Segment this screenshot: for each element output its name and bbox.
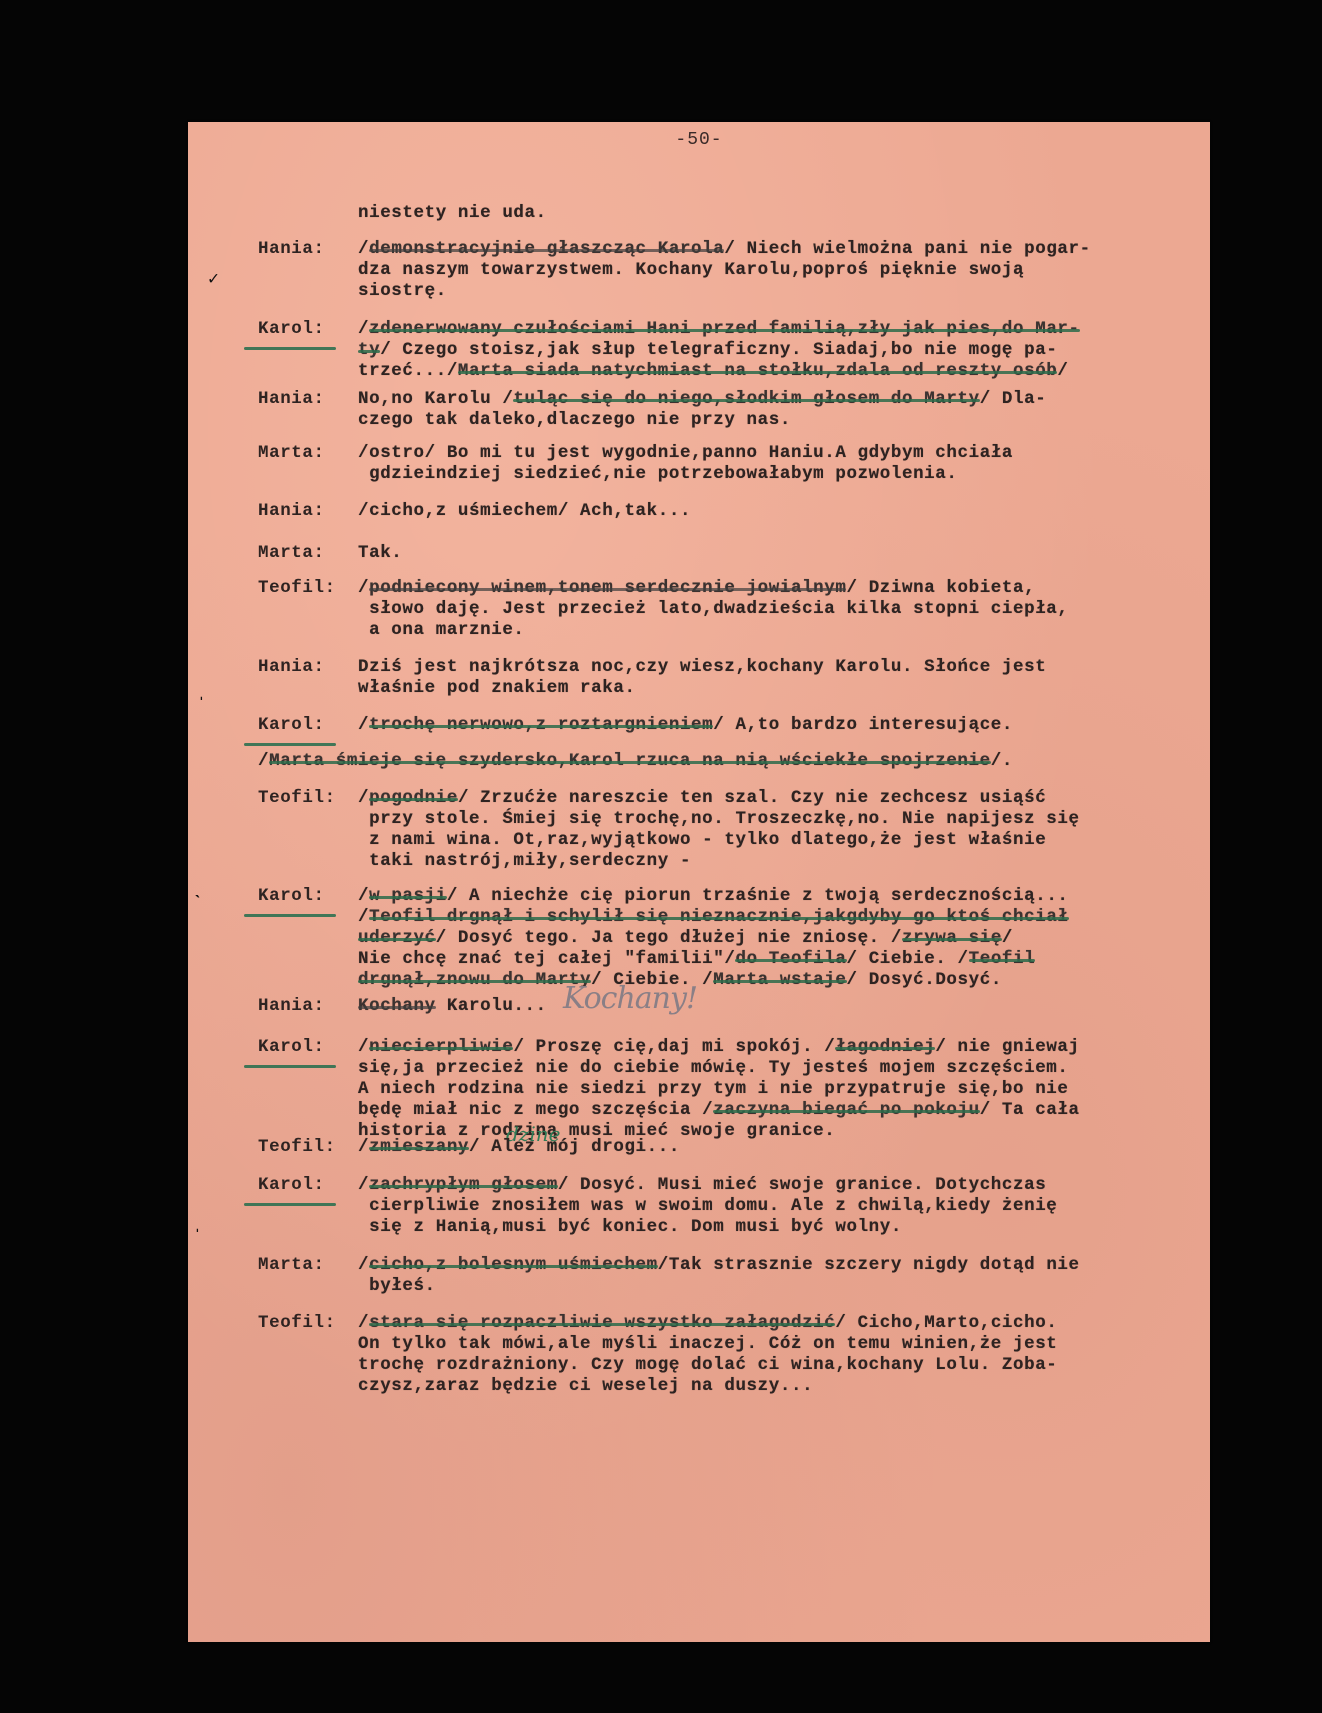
speaker-label: Marta: bbox=[258, 1254, 325, 1276]
dialogue-line: gdzieindziej siedzieć,nie potrzebowałaby… bbox=[358, 463, 958, 485]
dialogue-line: czysz,zaraz będzie ci weselej na duszy..… bbox=[358, 1375, 813, 1397]
typed-text: / Dziwna kobieta, bbox=[846, 578, 1035, 598]
speaker-label: Teofil: bbox=[258, 787, 336, 809]
speaker-label: Hania: bbox=[258, 238, 325, 260]
struck-stage-direction: drgnął,znowu do Marty bbox=[358, 970, 591, 990]
dialogue-line: /cicho,z uśmiechem/ Ach,tak... bbox=[358, 500, 691, 522]
typed-text: /cicho,z uśmiechem/ Ach,tak... bbox=[358, 501, 691, 521]
typed-text: / bbox=[358, 1255, 369, 1275]
typed-text: A niech rodzina nie siedzi przy tym i ni… bbox=[358, 1079, 1069, 1099]
margin-tick-mark: ˌ bbox=[196, 682, 207, 702]
struck-stage-direction: zdenerwowany czułościami Hani przed fami… bbox=[369, 319, 1080, 339]
typed-text: / Cicho,Marto,cicho. bbox=[835, 1313, 1057, 1333]
typed-text: z nami wina. Ot,raz,wyjątkowo - tylko dl… bbox=[358, 830, 1046, 850]
typed-text: / Dosyć.Dosyć. bbox=[847, 970, 1002, 990]
dialogue-line: będę miał nic z mego szczęścia /zaczyna … bbox=[358, 1099, 1080, 1121]
typewritten-page: -50- niestety nie uda. Hania:/demonstrac… bbox=[188, 122, 1210, 1642]
typed-text: dza naszym towarzystwem. Kochany Karolu,… bbox=[358, 260, 1024, 280]
speaker-underline bbox=[244, 914, 336, 917]
dialogue-line: /zdenerwowany czułościami Hani przed fam… bbox=[358, 318, 1080, 340]
struck-stage-direction: tuląc się do niego,słodkim głosem do Mar… bbox=[513, 389, 979, 409]
struck-stage-direction: zrywa się bbox=[902, 928, 1002, 948]
typed-text: / bbox=[358, 886, 369, 906]
typed-text: czysz,zaraz będzie ci weselej na duszy..… bbox=[358, 1376, 813, 1396]
speaker-label: Karol: bbox=[258, 1174, 325, 1196]
typed-text: /. bbox=[991, 751, 1013, 771]
struck-stage-direction: ty bbox=[358, 340, 380, 360]
typed-text: / Dla- bbox=[980, 389, 1047, 409]
typed-text: / bbox=[358, 907, 369, 927]
dialogue-line: Tak. bbox=[358, 542, 402, 564]
typed-text: / Dosyć tego. Ja tego dłużej nie zniosę.… bbox=[436, 928, 902, 948]
opening-line: niestety nie uda. bbox=[358, 202, 547, 224]
struck-stage-direction: niecierpliwie bbox=[369, 1037, 513, 1057]
typed-text: Karolu... bbox=[436, 996, 547, 1016]
speaker-underline bbox=[244, 347, 336, 350]
typed-text: Nie chcę znać tej całej "familii"/ bbox=[358, 949, 735, 969]
typed-text: / Niech wielmożna pani nie pogar- bbox=[724, 239, 1090, 259]
dialogue-line: słowo daję. Jest przecież lato,dwadzieśc… bbox=[358, 598, 1069, 620]
struck-stage-direction: łagodniej bbox=[835, 1037, 935, 1057]
struck-stage-direction: do Teofila bbox=[735, 949, 846, 969]
typed-text: a ona marznie. bbox=[358, 620, 525, 640]
dialogue-line: właśnie pod znakiem raka. bbox=[358, 677, 636, 699]
typed-text: / bbox=[358, 578, 369, 598]
typed-text: / bbox=[358, 1175, 369, 1195]
dialogue-line: trochę rozdrażniony. Czy mogę dolać ci w… bbox=[358, 1354, 1057, 1376]
dialogue-line: uderzyć/ Dosyć tego. Ja tego dłużej nie … bbox=[358, 927, 1013, 949]
typed-text: właśnie pod znakiem raka. bbox=[358, 678, 636, 698]
dialogue-line: /ostro/ Bo mi tu jest wygodnie,panno Han… bbox=[358, 442, 1013, 464]
typed-text: będę miał nic z mego szczęścia / bbox=[358, 1100, 713, 1120]
speaker-label: Hania: bbox=[258, 388, 325, 410]
typed-text: / A,to bardzo interesujące. bbox=[713, 715, 1013, 735]
dialogue-line: /niecierpliwie/ Proszę cię,daj mi spokój… bbox=[358, 1036, 1080, 1058]
struck-stage-direction: w pasji bbox=[369, 886, 447, 906]
typed-text: cierpliwie znosiłem was w swoim domu. Al… bbox=[358, 1196, 1057, 1216]
typed-text: / Ciebie. / bbox=[847, 949, 969, 969]
typed-text: czego tak daleko,dlaczego nie przy nas. bbox=[358, 410, 791, 430]
typed-text: /Tak strasznie szczery nigdy dotąd nie bbox=[658, 1255, 1080, 1275]
typed-text: / nie gniewaj bbox=[935, 1037, 1079, 1057]
dialogue-line: ty/ Czego stoisz,jak słup telegraficzny.… bbox=[358, 339, 1057, 361]
typed-text: trzeć.../ bbox=[358, 361, 458, 381]
speaker-label: Hania: bbox=[258, 656, 325, 678]
dialogue-line: się,ja przecież nie do ciebie mówię. Ty … bbox=[358, 1057, 1069, 1079]
dialogue-line: z nami wina. Ot,raz,wyjątkowo - tylko dl… bbox=[358, 829, 1046, 851]
typed-text: / bbox=[258, 751, 269, 771]
dialogue-line: taki nastrój,miły,serdeczny - bbox=[358, 850, 691, 872]
typed-text: trochę rozdrażniony. Czy mogę dolać ci w… bbox=[358, 1355, 1057, 1375]
struck-stage-direction: cicho,z bolesnym uśmiechem bbox=[369, 1255, 658, 1275]
typed-text: /ostro/ Bo mi tu jest wygodnie,panno Han… bbox=[358, 443, 1013, 463]
struck-stage-direction: uderzyć bbox=[358, 928, 436, 948]
typed-text: No,no Karolu / bbox=[358, 389, 513, 409]
typed-text: / A niechże cię piorun trzaśnie z twoją … bbox=[447, 886, 1069, 906]
typed-text: / bbox=[358, 1137, 369, 1157]
typed-text: / Zrzućże nareszcie ten szal. Czy nie ze… bbox=[458, 788, 1046, 808]
struck-stage-direction: zmieszany bbox=[369, 1137, 469, 1157]
typed-text: / Ależ mój drogi... bbox=[469, 1137, 680, 1157]
margin-tick-mark: ˌ bbox=[192, 1214, 203, 1234]
dialogue-line: On tylko tak mówi,ale myśli inaczej. Cóż… bbox=[358, 1333, 1057, 1355]
speaker-label: Hania: bbox=[258, 500, 325, 522]
typed-text: / bbox=[1057, 361, 1068, 381]
struck-stage-direction: pogodnie bbox=[369, 788, 458, 808]
dialogue-line: Kochany Karolu... bbox=[358, 995, 547, 1017]
dialogue-line: Nie chcę znać tej całej "familii"/do Teo… bbox=[358, 948, 1035, 970]
typed-text: siostrę. bbox=[358, 281, 447, 301]
speaker-label: Teofil: bbox=[258, 1136, 336, 1158]
page-number: -50- bbox=[188, 130, 1210, 150]
typed-text: / Czego stoisz,jak słup telegraficzny. S… bbox=[380, 340, 1057, 360]
dialogue-line: byłeś. bbox=[358, 1275, 436, 1297]
speaker-label: Karol: bbox=[258, 1036, 325, 1058]
speaker-underline bbox=[244, 1203, 336, 1206]
dialogue-line: dza naszym towarzystwem. Kochany Karolu,… bbox=[358, 259, 1024, 281]
typed-text: / bbox=[358, 1313, 369, 1333]
handwritten-pencil-note: Kochany! bbox=[563, 981, 697, 1016]
speaker-label: Karol: bbox=[258, 714, 325, 736]
typed-text: gdzieindziej siedzieć,nie potrzebowałaby… bbox=[358, 464, 958, 484]
speaker-label: Hania: bbox=[258, 995, 325, 1017]
struck-stage-direction: stara się rozpaczliwie wszystko załagodz… bbox=[369, 1313, 835, 1333]
typed-text: przy stole. Śmiej się trochę,no. Troszec… bbox=[358, 809, 1080, 829]
stage-direction-line: /Marta śmieje się szydersko,Karol rzuca … bbox=[258, 750, 1013, 772]
dialogue-line: A niech rodzina nie siedzi przy tym i ni… bbox=[358, 1078, 1069, 1100]
struck-stage-direction: Teofil bbox=[969, 949, 1036, 969]
typed-text: / Proszę cię,daj mi spokój. / bbox=[513, 1037, 835, 1057]
dialogue-line: się z Hanią,musi być koniec. Dom musi by… bbox=[358, 1216, 902, 1238]
struck-stage-direction: Marta siada natychmiast na stołku,zdala … bbox=[458, 361, 1058, 381]
dialogue-line: Dziś jest najkrótsza noc,czy wiesz,kocha… bbox=[358, 656, 1046, 678]
struck-stage-direction: Marta wstaje bbox=[713, 970, 846, 990]
speaker-label: Marta: bbox=[258, 442, 325, 464]
dialogue-line: /w pasji/ A niechże cię piorun trzaśnie … bbox=[358, 885, 1069, 907]
typed-text: On tylko tak mówi,ale myśli inaczej. Cóż… bbox=[358, 1334, 1057, 1354]
dialogue-line: /stara się rozpaczliwie wszystko załagod… bbox=[358, 1312, 1057, 1334]
typed-text: / bbox=[358, 239, 369, 259]
struck-stage-direction: podniecony winem,tonem serdecznie jowial… bbox=[369, 578, 846, 598]
struck-stage-direction: trochę nerwowo,z roztargnieniem bbox=[369, 715, 713, 735]
struck-stage-direction: zaczyna biegać po pokoju bbox=[713, 1100, 979, 1120]
struck-stage-direction: demonstracyjnie głaszcząc Karola bbox=[369, 239, 724, 259]
typed-text: / bbox=[358, 788, 369, 808]
typed-text: się,ja przecież nie do ciebie mówię. Ty … bbox=[358, 1058, 1069, 1078]
typed-text: taki nastrój,miły,serdeczny - bbox=[358, 851, 691, 871]
dialogue-line: /podniecony winem,tonem serdecznie jowia… bbox=[358, 577, 1035, 599]
dialogue-line: /cicho,z bolesnym uśmiechem/Tak straszni… bbox=[358, 1254, 1080, 1276]
speaker-label: Teofil: bbox=[258, 1312, 336, 1334]
dialogue-line: przy stole. Śmiej się trochę,no. Troszec… bbox=[358, 808, 1080, 830]
dialogue-line: No,no Karolu /tuląc się do niego,słodkim… bbox=[358, 388, 1046, 410]
speaker-label: Teofil: bbox=[258, 577, 336, 599]
typed-text: Tak. bbox=[358, 543, 402, 563]
dialogue-line: /Teofil drgnął i schylił się nieznacznie… bbox=[358, 906, 1069, 928]
speaker-underline bbox=[244, 1065, 336, 1068]
typed-text: / bbox=[358, 319, 369, 339]
typed-text: / Dosyć. Musi mieć swoje granice. Dotych… bbox=[558, 1175, 1046, 1195]
dialogue-line: czego tak daleko,dlaczego nie przy nas. bbox=[358, 409, 791, 431]
typed-text: / Ta cała bbox=[980, 1100, 1080, 1120]
typed-text: Dziś jest najkrótsza noc,czy wiesz,kocha… bbox=[358, 657, 1046, 677]
typed-text: / bbox=[358, 1037, 369, 1057]
dialogue-line: /trochę nerwowo,z roztargnieniem/ A,to b… bbox=[358, 714, 1013, 736]
typed-text: byłeś. bbox=[358, 1276, 436, 1296]
dialogue-line: cierpliwie znosiłem was w swoim domu. Al… bbox=[358, 1195, 1057, 1217]
struck-stage-direction: Kochany bbox=[358, 996, 436, 1016]
speaker-underline bbox=[244, 743, 336, 746]
dialogue-line: trzeć.../Marta siada natychmiast na stoł… bbox=[358, 360, 1069, 382]
typed-text: słowo daję. Jest przecież lato,dwadzieśc… bbox=[358, 599, 1069, 619]
typed-text: / bbox=[358, 715, 369, 735]
struck-stage-direction: Teofil drgnął i schylił się nieznacznie,… bbox=[369, 907, 1068, 927]
dialogue-line: /zachrypłym głosem/ Dosyć. Musi mieć swo… bbox=[358, 1174, 1046, 1196]
dialogue-line: /zmieszany/ Ależ mój drogi... bbox=[358, 1136, 680, 1158]
struck-stage-direction: zachrypłym głosem bbox=[369, 1175, 558, 1195]
speaker-label: Karol: bbox=[258, 318, 325, 340]
margin-tick-mark: ✓ bbox=[208, 268, 219, 290]
struck-stage-direction: Marta śmieje się szydersko,Karol rzuca n… bbox=[269, 751, 991, 771]
typed-text: / bbox=[1002, 928, 1013, 948]
dialogue-line: /pogodnie/ Zrzućże nareszcie ten szal. C… bbox=[358, 787, 1046, 809]
speaker-label: Karol: bbox=[258, 885, 325, 907]
dialogue-line: siostrę. bbox=[358, 280, 447, 302]
margin-tick-mark: ˎ bbox=[192, 880, 203, 900]
speaker-label: Marta: bbox=[258, 542, 325, 564]
dialogue-line: /demonstracyjnie głaszcząc Karola/ Niech… bbox=[358, 238, 1091, 260]
typed-text: się z Hanią,musi być koniec. Dom musi by… bbox=[358, 1217, 902, 1237]
dialogue-line: a ona marznie. bbox=[358, 619, 525, 641]
